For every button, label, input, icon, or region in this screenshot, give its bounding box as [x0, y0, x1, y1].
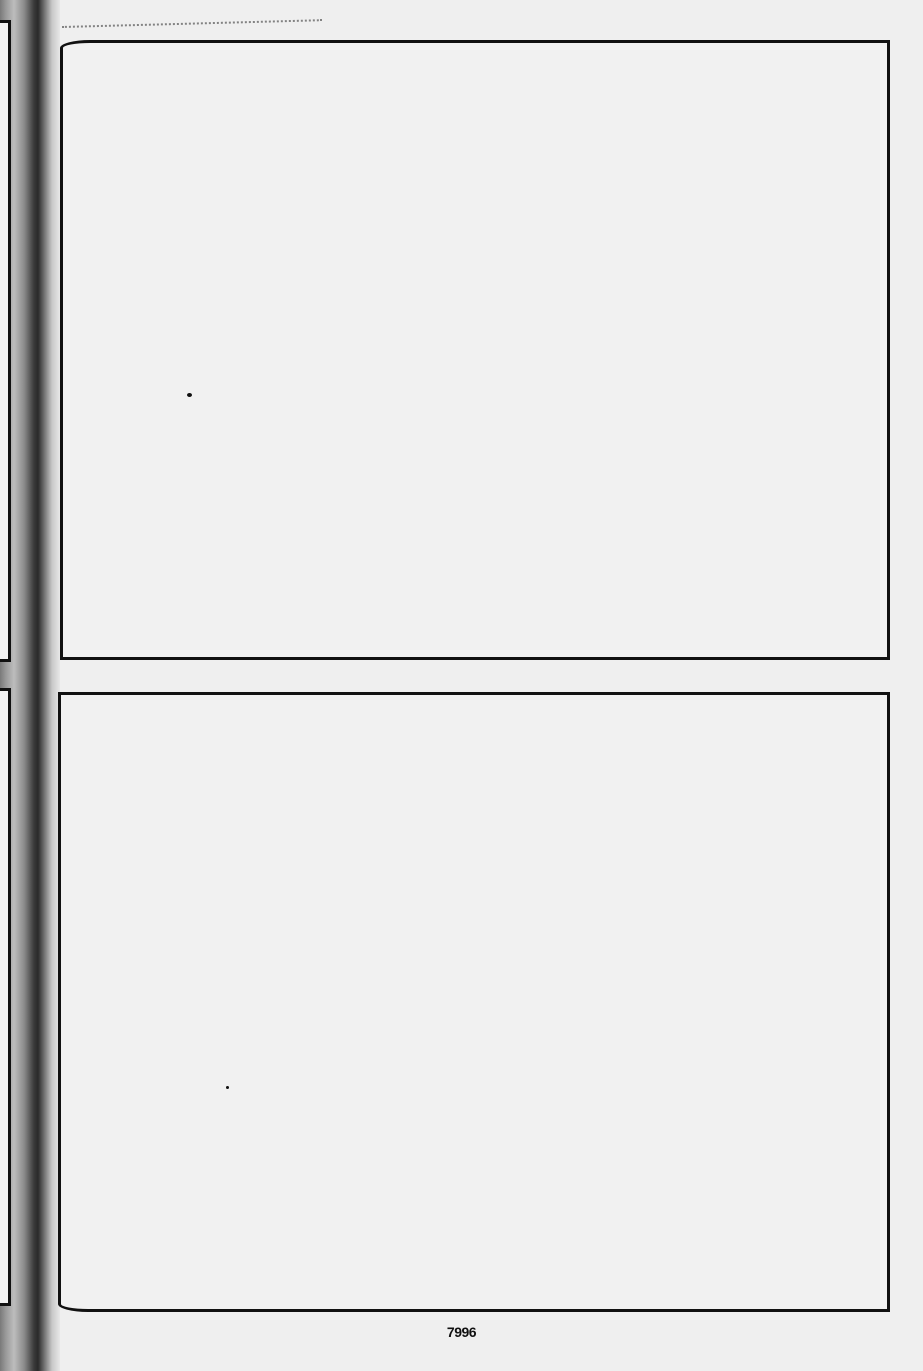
scan-artifact: [62, 19, 322, 34]
previous-page-upper-frame-edge: [0, 20, 11, 662]
scan-speck: [187, 393, 192, 397]
previous-page-lower-frame-edge: [0, 688, 11, 1306]
upper-frame: [60, 40, 890, 660]
page-number: 7996: [0, 1324, 923, 1340]
scan-speck: [226, 1086, 229, 1089]
lower-frame: [58, 692, 890, 1312]
